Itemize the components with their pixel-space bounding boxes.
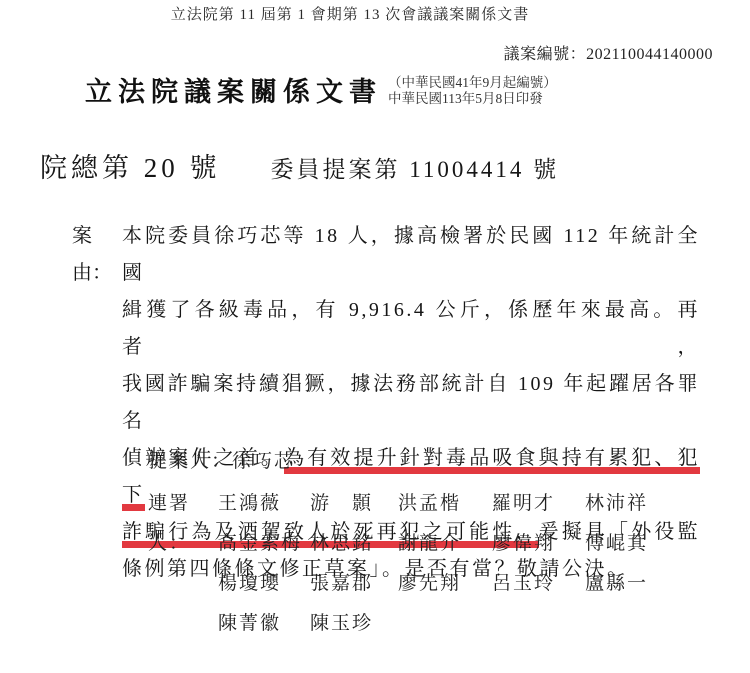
case-summary-label: 案由： bbox=[72, 218, 122, 588]
cosigner-name: 盧縣一 bbox=[585, 564, 665, 604]
cosigner-label: 連署人： bbox=[148, 484, 218, 644]
bill-number-label: 議案編號： bbox=[504, 46, 587, 63]
cosigner-name: 游 顥 bbox=[310, 484, 398, 524]
proposer-name: 徐巧芯 bbox=[232, 451, 295, 472]
cosigner-name: 高金素梅 bbox=[218, 524, 310, 564]
cosigner-name: 陳菁徽 bbox=[218, 604, 310, 644]
document-numbers-row: 院總第 20 號 委員提案第 11004414 號 bbox=[40, 146, 559, 185]
cosigner-name: 羅明才 bbox=[492, 484, 585, 524]
proposal-number: 委員提案第 11004414 號 bbox=[271, 151, 560, 184]
cosigner-name: 洪孟楷 bbox=[398, 484, 492, 524]
case-line-1: 本院委員徐巧芯等 18 人，據高檢署於民國 112 年統計全國 bbox=[122, 218, 700, 292]
case-line-2: 緝獲了各級毒品，有 9,916.4 公斤，係歷年來最高。再者， bbox=[122, 292, 700, 366]
case-line-3: 我國詐騙案持續猖獗，據法務部統計自 109 年起躍居各罪名 bbox=[122, 366, 700, 440]
title-notes: （中華民國41年9月起編號） 中華民國113年5月8日印發 bbox=[388, 75, 557, 109]
proposer-row: 提案人：徐巧芯 bbox=[148, 446, 295, 473]
title-note-numbering: （中華民國41年9月起編號） bbox=[388, 75, 557, 90]
bill-number: 議案編號：202110044140000 bbox=[504, 41, 713, 64]
document-title: 立法院議案關係文書 bbox=[85, 70, 382, 109]
title-note-print-date: 中華民國113年5月8日印發 bbox=[388, 91, 543, 106]
bill-number-value: 202110044140000 bbox=[586, 46, 713, 63]
case-text: 我國詐騙案持續猖獗，據法務部統計自 109 年起躍居各罪名 bbox=[122, 373, 700, 432]
cosigner-name: 廖先翔 bbox=[398, 564, 492, 604]
cosigner-name: 林沛祥 bbox=[585, 484, 665, 524]
cosigner-name: 楊瓊瓔 bbox=[218, 564, 310, 604]
cosigner-name: 謝龍介 bbox=[398, 524, 492, 564]
cosigner-name: 呂玉玲 bbox=[492, 564, 585, 604]
cosigner-name: 張嘉郡 bbox=[310, 564, 398, 604]
general-number: 院總第 20 號 bbox=[40, 146, 221, 185]
case-text: 本院委員徐巧芯等 18 人，據高檢署於民國 112 年統計全國 bbox=[122, 225, 700, 284]
cosigner-name: 傅崐萁 bbox=[585, 524, 665, 564]
cosigner-name: 林思銘 bbox=[310, 524, 398, 564]
case-text: 緝獲了各級毒品，有 9,916.4 公斤，係歷年來最高。再者， bbox=[122, 299, 700, 358]
cosigner-block: 連署人： 王鴻薇 游 顥 洪孟楷 羅明才 林沛祥 高金素梅 林思銘 謝龍介 廖偉… bbox=[148, 484, 665, 644]
cosigner-name: 廖偉翔 bbox=[492, 524, 585, 564]
cosigner-name: 陳玉珍 bbox=[310, 604, 398, 644]
cosigner-grid: 王鴻薇 游 顥 洪孟楷 羅明才 林沛祥 高金素梅 林思銘 謝龍介 廖偉翔 傅崐萁… bbox=[218, 484, 665, 644]
proposer-label: 提案人： bbox=[148, 451, 232, 472]
session-header: 立法院第 11 屆第 1 會期第 13 次會議議案關係文書 bbox=[0, 3, 700, 24]
legislative-document-page: 立法院第 11 屆第 1 會期第 13 次會議議案關係文書 議案編號：20211… bbox=[0, 0, 750, 673]
cosigner-name: 王鴻薇 bbox=[218, 484, 310, 524]
title-row: 立法院議案關係文書 （中華民國41年9月起編號） 中華民國113年5月8日印發 bbox=[85, 70, 557, 109]
